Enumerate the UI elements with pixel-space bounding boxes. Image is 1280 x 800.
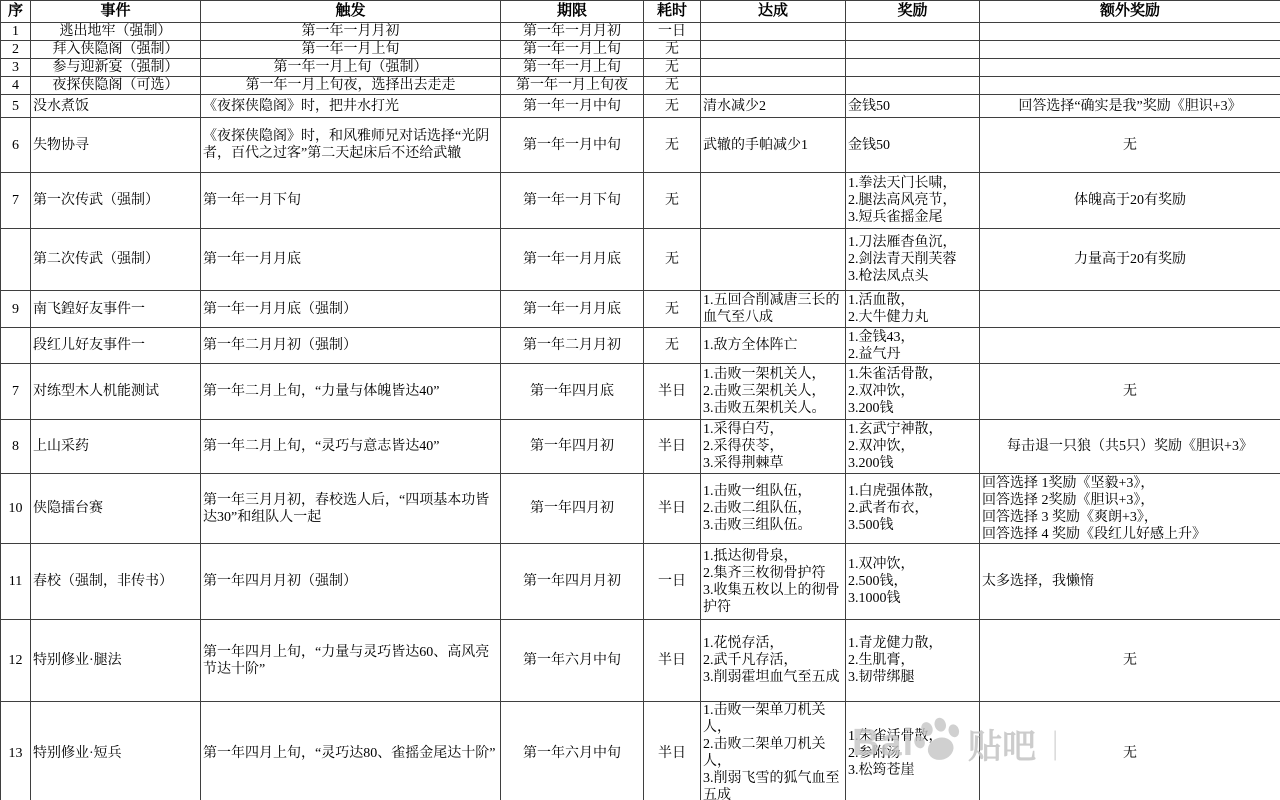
text-line: 1.拳法天门长啸，: [848, 175, 977, 192]
column-header-trigger: 触发: [201, 1, 501, 23]
text-line: 2.大牛健力丸: [848, 309, 977, 326]
text-line: 2.集齐三枚彻骨护符: [703, 565, 843, 582]
table-row: 3参与迎新宴（强制）第一年一月上旬（强制）第一年一月上旬无: [1, 59, 1280, 77]
cell-event: 特别修业·腿法: [31, 620, 201, 702]
cell-trigger: 《夜探侠隐阁》时，把井水打光: [201, 95, 501, 118]
cell-goals: [701, 229, 846, 291]
cell-rewards: 1.活血散，2.大牛健力丸: [846, 291, 980, 328]
cell-event: 南飞鍠好友事件一: [31, 291, 201, 328]
cell-trigger: 第一年一月月底（强制）: [201, 291, 501, 328]
cell-time: 半日: [644, 702, 701, 800]
cell-deadline: 第一年四月底: [501, 364, 644, 420]
cell-time: 无: [644, 77, 701, 95]
cell-extra: 回答选择“确实是我”奖励《胆识+3》: [980, 95, 1280, 118]
cell-no: 13: [1, 702, 31, 800]
cell-event: 没水煮饭: [31, 95, 201, 118]
text-line: 3.韧带绑腿: [848, 669, 977, 686]
cell-extra: 无: [980, 620, 1280, 702]
cell-trigger: 第一年二月上旬，“力量与体魄皆达40”: [201, 364, 501, 420]
text-line: 1.击败一架机关人，: [703, 366, 843, 383]
cell-extra: 每击退一只狼（共5只）奖励《胆识+3》: [980, 420, 1280, 474]
cell-event: 特别修业·短兵: [31, 702, 201, 800]
table-row: 4夜探侠隐阁（可选）第一年一月上旬夜，选择出去走走第一年一月上旬夜无: [1, 77, 1280, 95]
cell-extra: [980, 23, 1280, 41]
cell-no: 3: [1, 59, 31, 77]
table-row: 8上山采药第一年二月上旬，“灵巧与意志皆达40”第一年四月初半日1.采得白芍，2…: [1, 420, 1280, 474]
cell-goals: 1.击败一架单刀机关人，2.击败二架单刀机关人，3.削弱飞雪的狐气血至五成: [701, 702, 846, 800]
cell-event: 对练型木人机能测试: [31, 364, 201, 420]
cell-time: 无: [644, 41, 701, 59]
cell-time: 一日: [644, 23, 701, 41]
cell-no: 6: [1, 118, 31, 173]
text-line: 3.击败三组队伍。: [703, 517, 843, 534]
cell-no: 8: [1, 420, 31, 474]
text-line: 2.武者布衣，: [848, 500, 977, 517]
text-line: 1.刀法雁杳鱼沉，: [848, 234, 977, 251]
text-line: 回答选择 2奖励《胆识+3》，: [982, 492, 1278, 509]
cell-event: 夜探侠隐阁（可选）: [31, 77, 201, 95]
cell-trigger: 第一年四月月初（强制）: [201, 544, 501, 620]
text-line: 太多选择，我懒惰: [982, 573, 1278, 590]
column-header-event: 事件: [31, 1, 201, 23]
column-header-time: 耗时: [644, 1, 701, 23]
text-line: 2.采得茯苓，: [703, 438, 843, 455]
cell-trigger: 第一年三月月初，春校选人后，“四项基本功皆达30”和组队人一起: [201, 474, 501, 544]
text-line: 1.活血散，: [848, 292, 977, 309]
text-line: 3.短兵雀摇金尾: [848, 209, 977, 226]
text-line: 1.玄武宁神散，: [848, 421, 977, 438]
cell-no: 5: [1, 95, 31, 118]
cell-trigger: 第一年一月上旬: [201, 41, 501, 59]
table-row: 5没水煮饭《夜探侠隐阁》时，把井水打光第一年一月中旬无清水减少2金钱50回答选择…: [1, 95, 1280, 118]
cell-event: 上山采药: [31, 420, 201, 474]
text-line: 2.击败二组队伍，: [703, 500, 843, 517]
cell-trigger: 第一年一月上旬（强制）: [201, 59, 501, 77]
text-line: 3.500钱: [848, 517, 977, 534]
text-line: 3.击败五架机关人。: [703, 400, 843, 417]
text-line: 1.花悦存活，: [703, 635, 843, 652]
text-line: 无: [982, 137, 1278, 154]
cell-no: 2: [1, 41, 31, 59]
text-line: 2.双冲饮，: [848, 438, 977, 455]
table-row: 7第一次传武（强制）第一年一月下旬第一年一月下旬无1.拳法天门长啸，2.腿法高风…: [1, 173, 1280, 229]
cell-goals: 1.敌方全体阵亡: [701, 328, 846, 364]
cell-goals: 1.花悦存活，2.武千凡存活，3.削弱霍坦血气至五成: [701, 620, 846, 702]
cell-extra: [980, 291, 1280, 328]
text-line: 3.收集五枚以上的彻骨护符: [703, 582, 843, 616]
cell-rewards: 金钱50: [846, 95, 980, 118]
cell-no: 7: [1, 364, 31, 420]
cell-trigger: 第一年二月上旬，“灵巧与意志皆达40”: [201, 420, 501, 474]
text-line: 无: [982, 745, 1278, 762]
cell-rewards: 1.白虎强体散，2.武者布衣，3.500钱: [846, 474, 980, 544]
cell-trigger: 第一年一月下旬: [201, 173, 501, 229]
text-line: 2.500钱，: [848, 573, 977, 590]
cell-time: 半日: [644, 364, 701, 420]
cell-rewards: 金钱50: [846, 118, 980, 173]
cell-deadline: 第一年六月中旬: [501, 702, 644, 800]
table-row: 2拜入侠隐阁（强制）第一年一月上旬第一年一月上旬无: [1, 41, 1280, 59]
cell-event: 参与迎新宴（强制）: [31, 59, 201, 77]
cell-event: 第一次传武（强制）: [31, 173, 201, 229]
table-row: 第二次传武（强制）第一年一月月底第一年一月月底无1.刀法雁杳鱼沉，2.剑法青天削…: [1, 229, 1280, 291]
cell-time: 半日: [644, 474, 701, 544]
cell-event: 第二次传武（强制）: [31, 229, 201, 291]
text-line: 回答选择 3 奖励《爽朗+3》，: [982, 509, 1278, 526]
text-line: 体魄高于20有奖励: [982, 192, 1278, 209]
cell-extra: 无: [980, 118, 1280, 173]
table-header-row: 序事件触发期限耗时达成奖励额外奖励: [1, 1, 1280, 23]
cell-no: [1, 229, 31, 291]
cell-no: 10: [1, 474, 31, 544]
table-row: 1逃出地牢（强制）第一年一月月初第一年一月月初一日: [1, 23, 1280, 41]
text-line: 3.削弱飞雪的狐气血至五成: [703, 770, 843, 800]
text-line: 1.击败一组队伍，: [703, 483, 843, 500]
cell-time: 无: [644, 118, 701, 173]
cell-deadline: 第一年四月初: [501, 420, 644, 474]
text-line: 1.白虎强体散，: [848, 483, 977, 500]
cell-event: 逃出地牢（强制）: [31, 23, 201, 41]
text-line: 2.击败二架单刀机关人，: [703, 736, 843, 770]
cell-extra: [980, 41, 1280, 59]
cell-goals: [701, 41, 846, 59]
table-row: 6失物协寻《夜探侠隐阁》时，和风雅师兄对话选择“光阴者，百代之过客”第二天起床后…: [1, 118, 1280, 173]
cell-extra: [980, 77, 1280, 95]
cell-goals: [701, 59, 846, 77]
cell-rewards: 1.刀法雁杳鱼沉，2.剑法青天削芙蓉3.枪法凤点头: [846, 229, 980, 291]
cell-goals: 1.击败一架机关人，2.击败三架机关人，3.击败五架机关人。: [701, 364, 846, 420]
cell-deadline: 第一年一月中旬: [501, 95, 644, 118]
text-line: 1.五回合削减唐三长的血气至八成: [703, 292, 843, 326]
text-line: 2.参附汤: [848, 745, 977, 762]
table-row: 13特别修业·短兵第一年四月上旬，“灵巧达80、雀摇金尾达十阶”第一年六月中旬半…: [1, 702, 1280, 800]
cell-trigger: 第一年四月上旬，“力量与灵巧皆达60、高风亮节达十阶”: [201, 620, 501, 702]
cell-no: 4: [1, 77, 31, 95]
cell-no: 12: [1, 620, 31, 702]
cell-deadline: 第一年一月月底: [501, 291, 644, 328]
text-line: 1.采得白芍，: [703, 421, 843, 438]
cell-event: 侠隐擂台赛: [31, 474, 201, 544]
cell-no: 11: [1, 544, 31, 620]
text-line: 金钱50: [848, 137, 977, 154]
cell-goals: 1.五回合削减唐三长的血气至八成: [701, 291, 846, 328]
cell-extra: 力量高于20有奖励: [980, 229, 1280, 291]
text-line: 2.击败三架机关人，: [703, 383, 843, 400]
cell-extra: 无: [980, 702, 1280, 800]
cell-goals: [701, 173, 846, 229]
text-line: 力量高于20有奖励: [982, 251, 1278, 268]
text-line: 回答选择 1奖励《坚毅+3》，: [982, 475, 1278, 492]
column-header-extra: 额外奖励: [980, 1, 1280, 23]
cell-extra: 无: [980, 364, 1280, 420]
cell-goals: 武辙的手帕减少1: [701, 118, 846, 173]
text-line: 2.生肌膏，: [848, 652, 977, 669]
column-header-rewards: 奖励: [846, 1, 980, 23]
text-line: 1.朱雀活骨散，: [848, 366, 977, 383]
cell-trigger: 《夜探侠隐阁》时，和风雅师兄对话选择“光阴者，百代之过客”第二天起床后不还给武辙: [201, 118, 501, 173]
cell-deadline: 第一年一月上旬: [501, 41, 644, 59]
cell-deadline: 第一年一月下旬: [501, 173, 644, 229]
cell-time: 半日: [644, 420, 701, 474]
text-line: 回答选择“确实是我”奖励《胆识+3》: [982, 98, 1278, 115]
cell-rewards: [846, 41, 980, 59]
cell-extra: 体魄高于20有奖励: [980, 173, 1280, 229]
cell-goals: [701, 23, 846, 41]
cell-goals: [701, 77, 846, 95]
text-line: 1.金钱43，: [848, 329, 977, 346]
cell-event: 拜入侠隐阁（强制）: [31, 41, 201, 59]
cell-rewards: 1.青龙健力散，2.生肌膏，3.韧带绑腿: [846, 620, 980, 702]
cell-time: 无: [644, 229, 701, 291]
cell-no: 9: [1, 291, 31, 328]
column-header-goals: 达成: [701, 1, 846, 23]
cell-rewards: [846, 77, 980, 95]
text-line: 1.击败一架单刀机关人，: [703, 702, 843, 736]
cell-rewards: [846, 23, 980, 41]
cell-deadline: 第一年一月月底: [501, 229, 644, 291]
event-table: 序事件触发期限耗时达成奖励额外奖励 1逃出地牢（强制）第一年一月月初第一年一月月…: [0, 0, 1280, 800]
text-line: 2.剑法青天削芙蓉: [848, 251, 977, 268]
cell-rewards: 1.双冲饮，2.500钱，3.1000钱: [846, 544, 980, 620]
cell-trigger: 第一年四月上旬，“灵巧达80、雀摇金尾达十阶”: [201, 702, 501, 800]
text-line: 2.益气丹: [848, 346, 977, 363]
cell-goals: 清水减少2: [701, 95, 846, 118]
column-header-deadline: 期限: [501, 1, 644, 23]
cell-no: [1, 328, 31, 364]
cell-deadline: 第一年四月月初: [501, 544, 644, 620]
cell-time: 无: [644, 95, 701, 118]
table-row: 9南飞鍠好友事件一第一年一月月底（强制）第一年一月月底无1.五回合削减唐三长的血…: [1, 291, 1280, 328]
cell-no: 7: [1, 173, 31, 229]
cell-rewards: 1.金钱43，2.益气丹: [846, 328, 980, 364]
text-line: 金钱50: [848, 98, 977, 115]
text-line: 3.200钱: [848, 455, 977, 472]
text-line: 1.抵达彻骨泉，: [703, 548, 843, 565]
text-line: 无: [982, 652, 1278, 669]
cell-deadline: 第一年一月上旬夜: [501, 77, 644, 95]
cell-time: 无: [644, 328, 701, 364]
cell-deadline: 第一年一月月初: [501, 23, 644, 41]
cell-rewards: 1.朱雀活骨散，2.双冲饮，3.200钱: [846, 364, 980, 420]
table-row: 12特别修业·腿法第一年四月上旬，“力量与灵巧皆达60、高风亮节达十阶”第一年六…: [1, 620, 1280, 702]
table-row: 11春校（强制，非传书）第一年四月月初（强制）第一年四月月初一日1.抵达彻骨泉，…: [1, 544, 1280, 620]
table-row: 7对练型木人机能测试第一年二月上旬，“力量与体魄皆达40”第一年四月底半日1.击…: [1, 364, 1280, 420]
cell-deadline: 第一年一月上旬: [501, 59, 644, 77]
text-line: 2.双冲饮，: [848, 383, 977, 400]
cell-extra: 回答选择 1奖励《坚毅+3》，回答选择 2奖励《胆识+3》，回答选择 3 奖励《…: [980, 474, 1280, 544]
cell-rewards: 1.玄武宁神散，2.双冲饮，3.200钱: [846, 420, 980, 474]
cell-time: 半日: [644, 620, 701, 702]
cell-deadline: 第一年六月中旬: [501, 620, 644, 702]
cell-time: 一日: [644, 544, 701, 620]
cell-trigger: 第一年一月月初: [201, 23, 501, 41]
text-line: 1.双冲饮，: [848, 556, 977, 573]
text-line: 1.青龙健力散，: [848, 635, 977, 652]
cell-time: 无: [644, 59, 701, 77]
cell-event: 失物协寻: [31, 118, 201, 173]
table-row: 10侠隐擂台赛第一年三月月初，春校选人后，“四项基本功皆达30”和组队人一起第一…: [1, 474, 1280, 544]
cell-event: 春校（强制，非传书）: [31, 544, 201, 620]
cell-trigger: 第一年一月月底: [201, 229, 501, 291]
text-line: 1.敌方全体阵亡: [703, 337, 843, 354]
cell-time: 无: [644, 291, 701, 328]
column-header-no: 序: [1, 1, 31, 23]
text-line: 3.松筠苍崖: [848, 762, 977, 779]
text-line: 1.朱雀活骨散，: [848, 728, 977, 745]
cell-deadline: 第一年二月月初: [501, 328, 644, 364]
text-line: 3.1000钱: [848, 590, 977, 607]
cell-goals: 1.采得白芍，2.采得茯苓，3.采得荆棘草: [701, 420, 846, 474]
text-line: 武辙的手帕减少1: [703, 137, 843, 154]
text-line: 无: [982, 383, 1278, 400]
text-line: 回答选择 4 奖励《段红儿好感上升》: [982, 526, 1278, 543]
cell-extra: 太多选择，我懒惰: [980, 544, 1280, 620]
cell-goals: 1.击败一组队伍，2.击败二组队伍，3.击败三组队伍。: [701, 474, 846, 544]
text-line: 3.枪法凤点头: [848, 268, 977, 285]
cell-deadline: 第一年一月中旬: [501, 118, 644, 173]
cell-deadline: 第一年四月初: [501, 474, 644, 544]
cell-goals: 1.抵达彻骨泉，2.集齐三枚彻骨护符3.收集五枚以上的彻骨护符: [701, 544, 846, 620]
text-line: 2.腿法高风亮节，: [848, 192, 977, 209]
cell-rewards: 1.拳法天门长啸，2.腿法高风亮节，3.短兵雀摇金尾: [846, 173, 980, 229]
cell-rewards: 1.朱雀活骨散，2.参附汤3.松筠苍崖: [846, 702, 980, 800]
cell-no: 1: [1, 23, 31, 41]
text-line: 3.200钱: [848, 400, 977, 417]
cell-trigger: 第一年一月上旬夜，选择出去走走: [201, 77, 501, 95]
cell-event: 段红儿好友事件一: [31, 328, 201, 364]
text-line: 3.采得荆棘草: [703, 455, 843, 472]
text-line: 3.削弱霍坦血气至五成: [703, 669, 843, 686]
text-line: 每击退一只狼（共5只）奖励《胆识+3》: [982, 438, 1278, 455]
cell-time: 无: [644, 173, 701, 229]
cell-extra: [980, 59, 1280, 77]
table-row: 段红儿好友事件一第一年二月月初（强制）第一年二月月初无1.敌方全体阵亡1.金钱4…: [1, 328, 1280, 364]
text-line: 2.武千凡存活，: [703, 652, 843, 669]
text-line: 清水减少2: [703, 98, 843, 115]
cell-rewards: [846, 59, 980, 77]
cell-extra: [980, 328, 1280, 364]
cell-trigger: 第一年二月月初（强制）: [201, 328, 501, 364]
